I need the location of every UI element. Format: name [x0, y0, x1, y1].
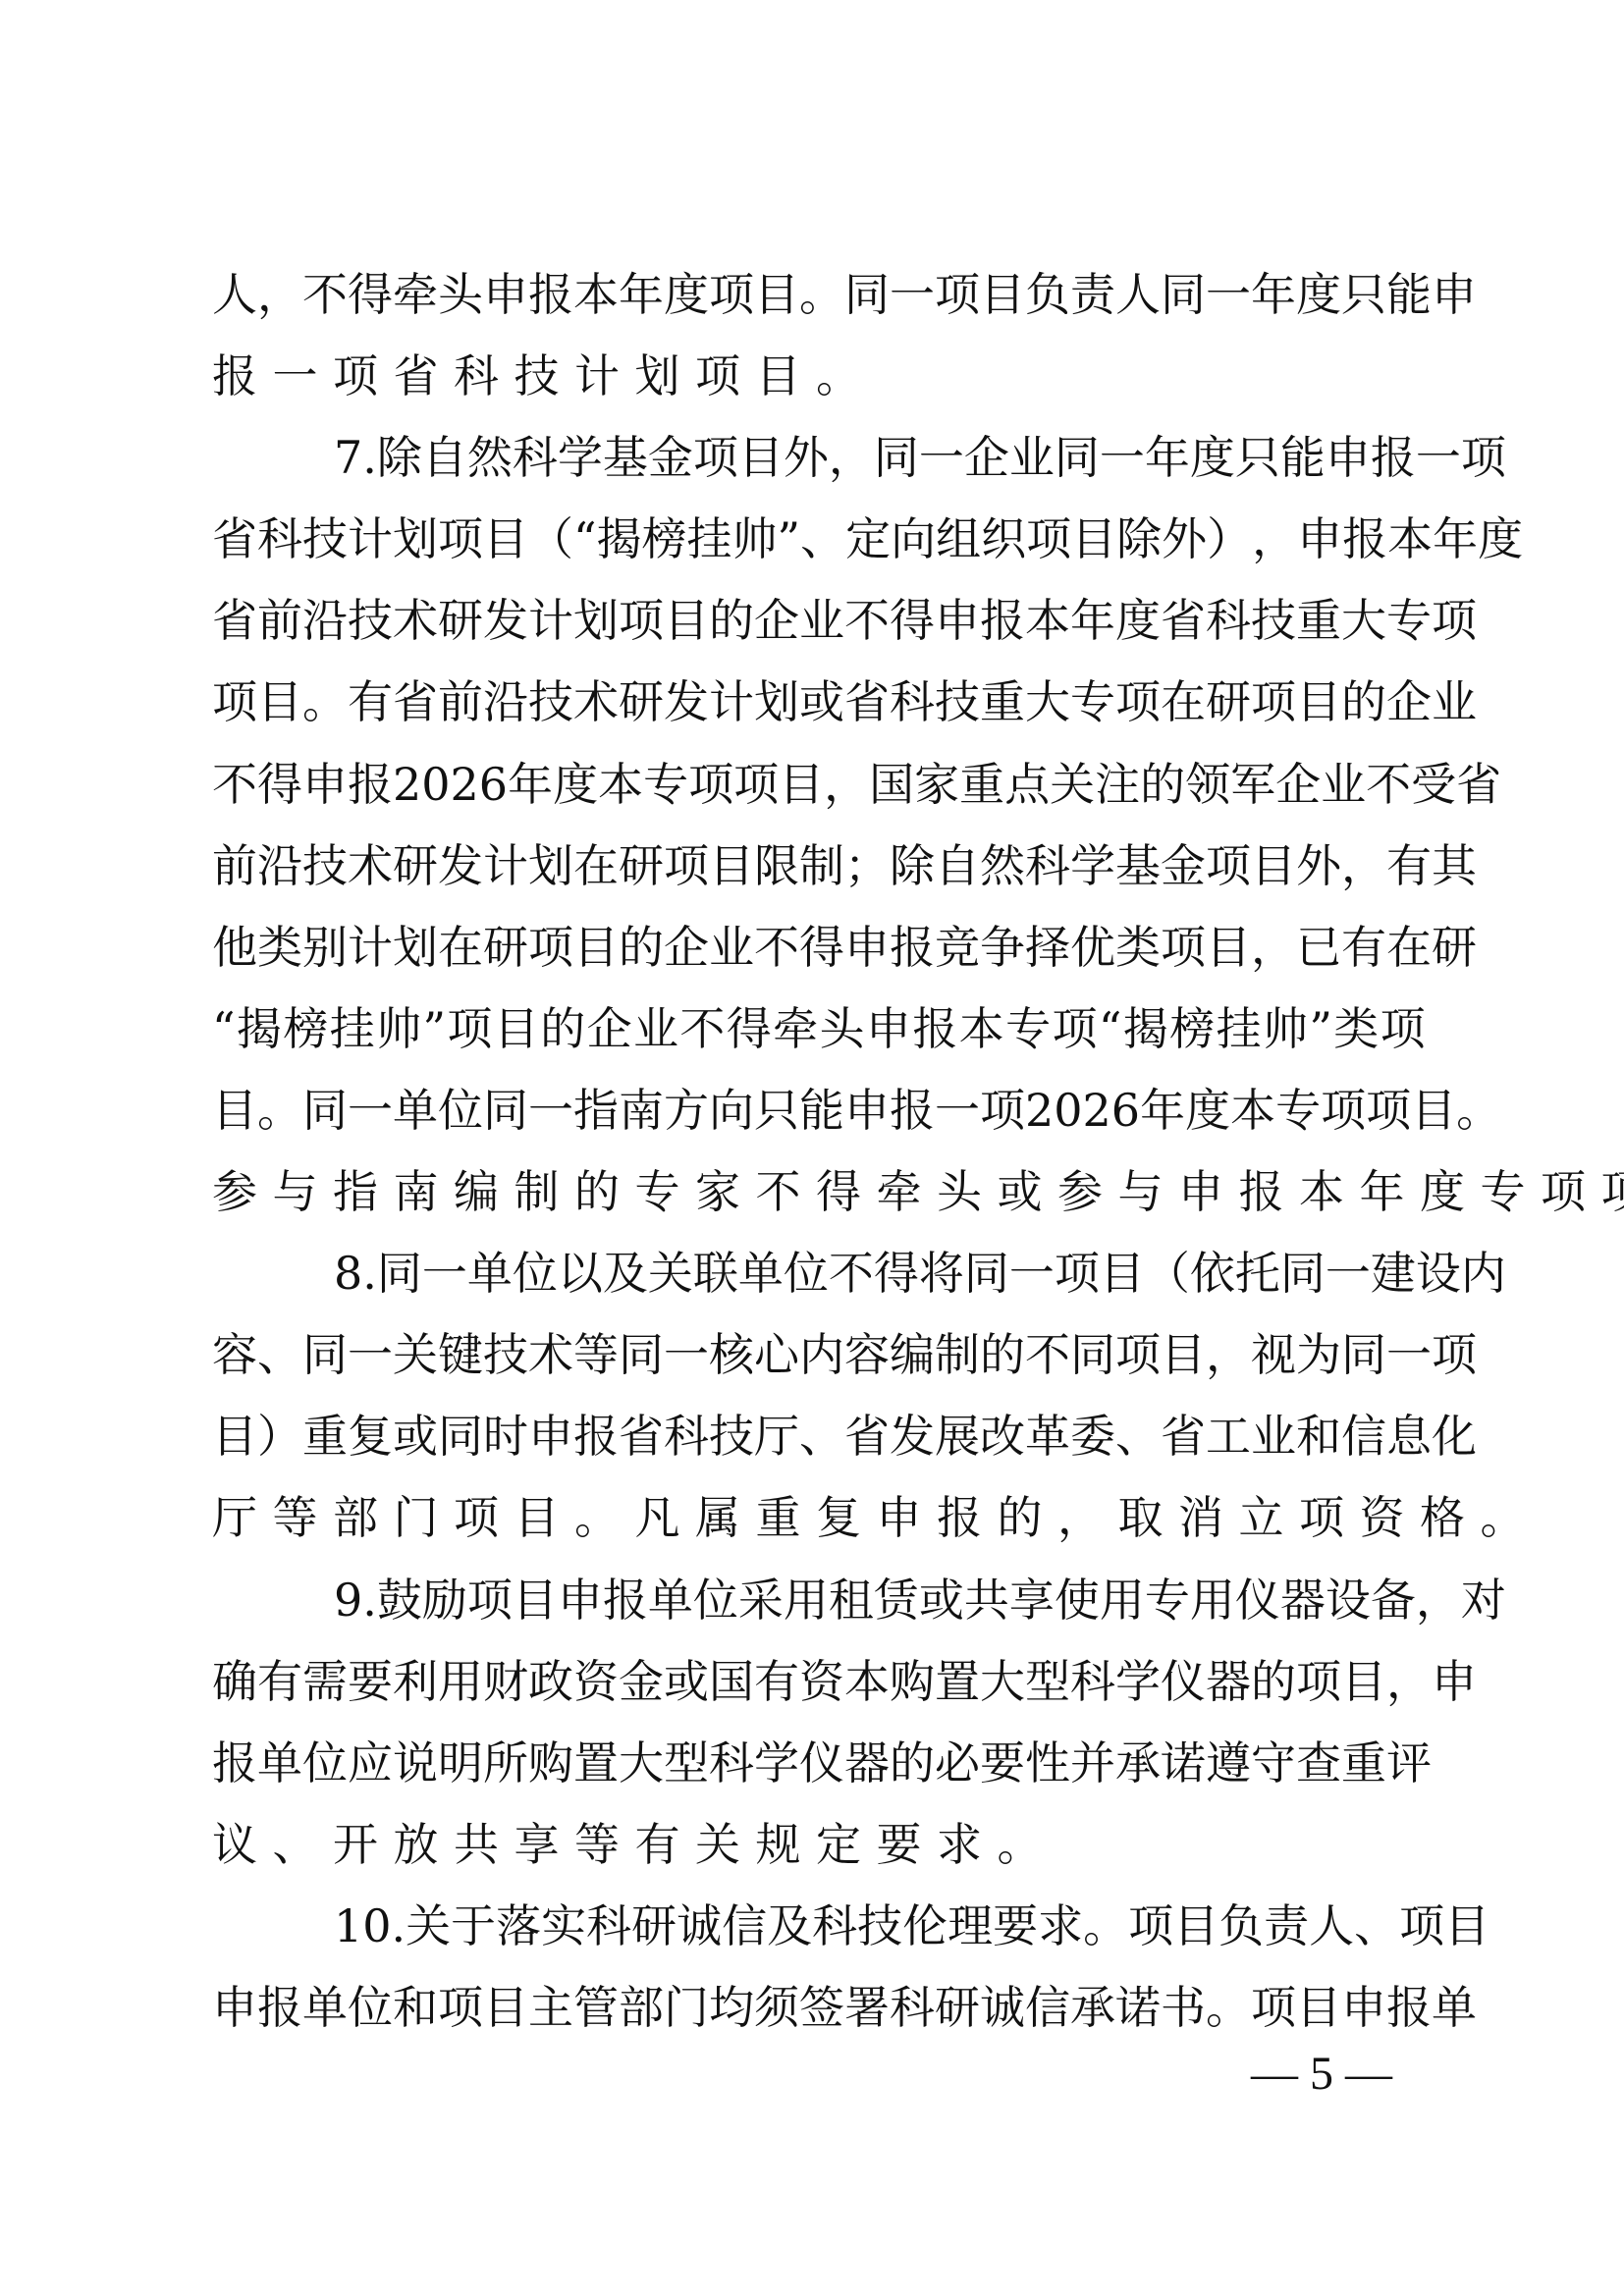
item-7-start: 7.除自然科学基金项目外，同一企业同一年度只能申报一项 [212, 420, 1426, 502]
text-line: 人，不得牵头申报本年度项目。同一项目负责人同一年度只能申 [212, 257, 1426, 339]
text-line: 确有需要利用财政资金或国有资本购置大型科学仪器的项目，申 [212, 1644, 1426, 1726]
document-page: 人，不得牵头申报本年度项目。同一项目负责人同一年度只能申 报一项省科技计划项目。… [0, 0, 1624, 2296]
text-line: 参与指南编制的专家不得牵头或参与申报本年度专项项目。 [212, 1154, 1426, 1236]
text-line: 他类别计划在研项目的企业不得申报竞争择优类项目，已有在研 [212, 910, 1426, 991]
text-line: “揭榜挂帅”项目的企业不得牵头申报本专项“揭榜挂帅”类项 [212, 991, 1426, 1073]
body-text: 人，不得牵头申报本年度项目。同一项目负责人同一年度只能申 报一项省科技计划项目。… [212, 257, 1426, 2052]
text-line: 厅等部门项目。凡属重复申报的，取消立项资格。 [212, 1480, 1426, 1562]
page-number: — 5 — [1233, 2047, 1410, 2101]
text-line: 目）重复或同时申报省科技厅、省发展改革委、省工业和信息化 [212, 1399, 1426, 1480]
text-line: 报单位应说明所购置大型科学仪器的必要性并承诺遵守查重评 [212, 1726, 1426, 1807]
text-line: 申报单位和项目主管部门均须签署科研诚信承诺书。项目申报单 [212, 1970, 1426, 2052]
text-line: 目。同一单位同一指南方向只能申报一项2026年度本专项项目。 [212, 1073, 1426, 1154]
text-line: 报一项省科技计划项目。 [212, 339, 1426, 420]
item-10-start: 10.关于落实科研诚信及科技伦理要求。项目负责人、项目 [212, 1889, 1426, 1970]
item-8-start: 8.同一单位以及关联单位不得将同一项目（依托同一建设内 [212, 1236, 1426, 1317]
text-line: 省前沿技术研发计划项目的企业不得申报本年度省科技重大专项 [212, 583, 1426, 665]
text-line: 议、开放共享等有关规定要求。 [212, 1807, 1426, 1889]
item-9-start: 9.鼓励项目申报单位采用租赁或共享使用专用仪器设备，对 [212, 1563, 1426, 1644]
text-line: 不得申报2026年度本专项项目，国家重点关注的领军企业不受省 [212, 747, 1426, 828]
text-line: 省科技计划项目（“揭榜挂帅”、定向组织项目除外），申报本年度 [212, 502, 1426, 583]
text-line: 项目。有省前沿技术研发计划或省科技重大专项在研项目的企业 [212, 665, 1426, 746]
text-line: 容、同一关键技术等同一核心内容编制的不同项目，视为同一项 [212, 1317, 1426, 1399]
text-line: 前沿技术研发计划在研项目限制；除自然科学基金项目外，有其 [212, 828, 1426, 910]
